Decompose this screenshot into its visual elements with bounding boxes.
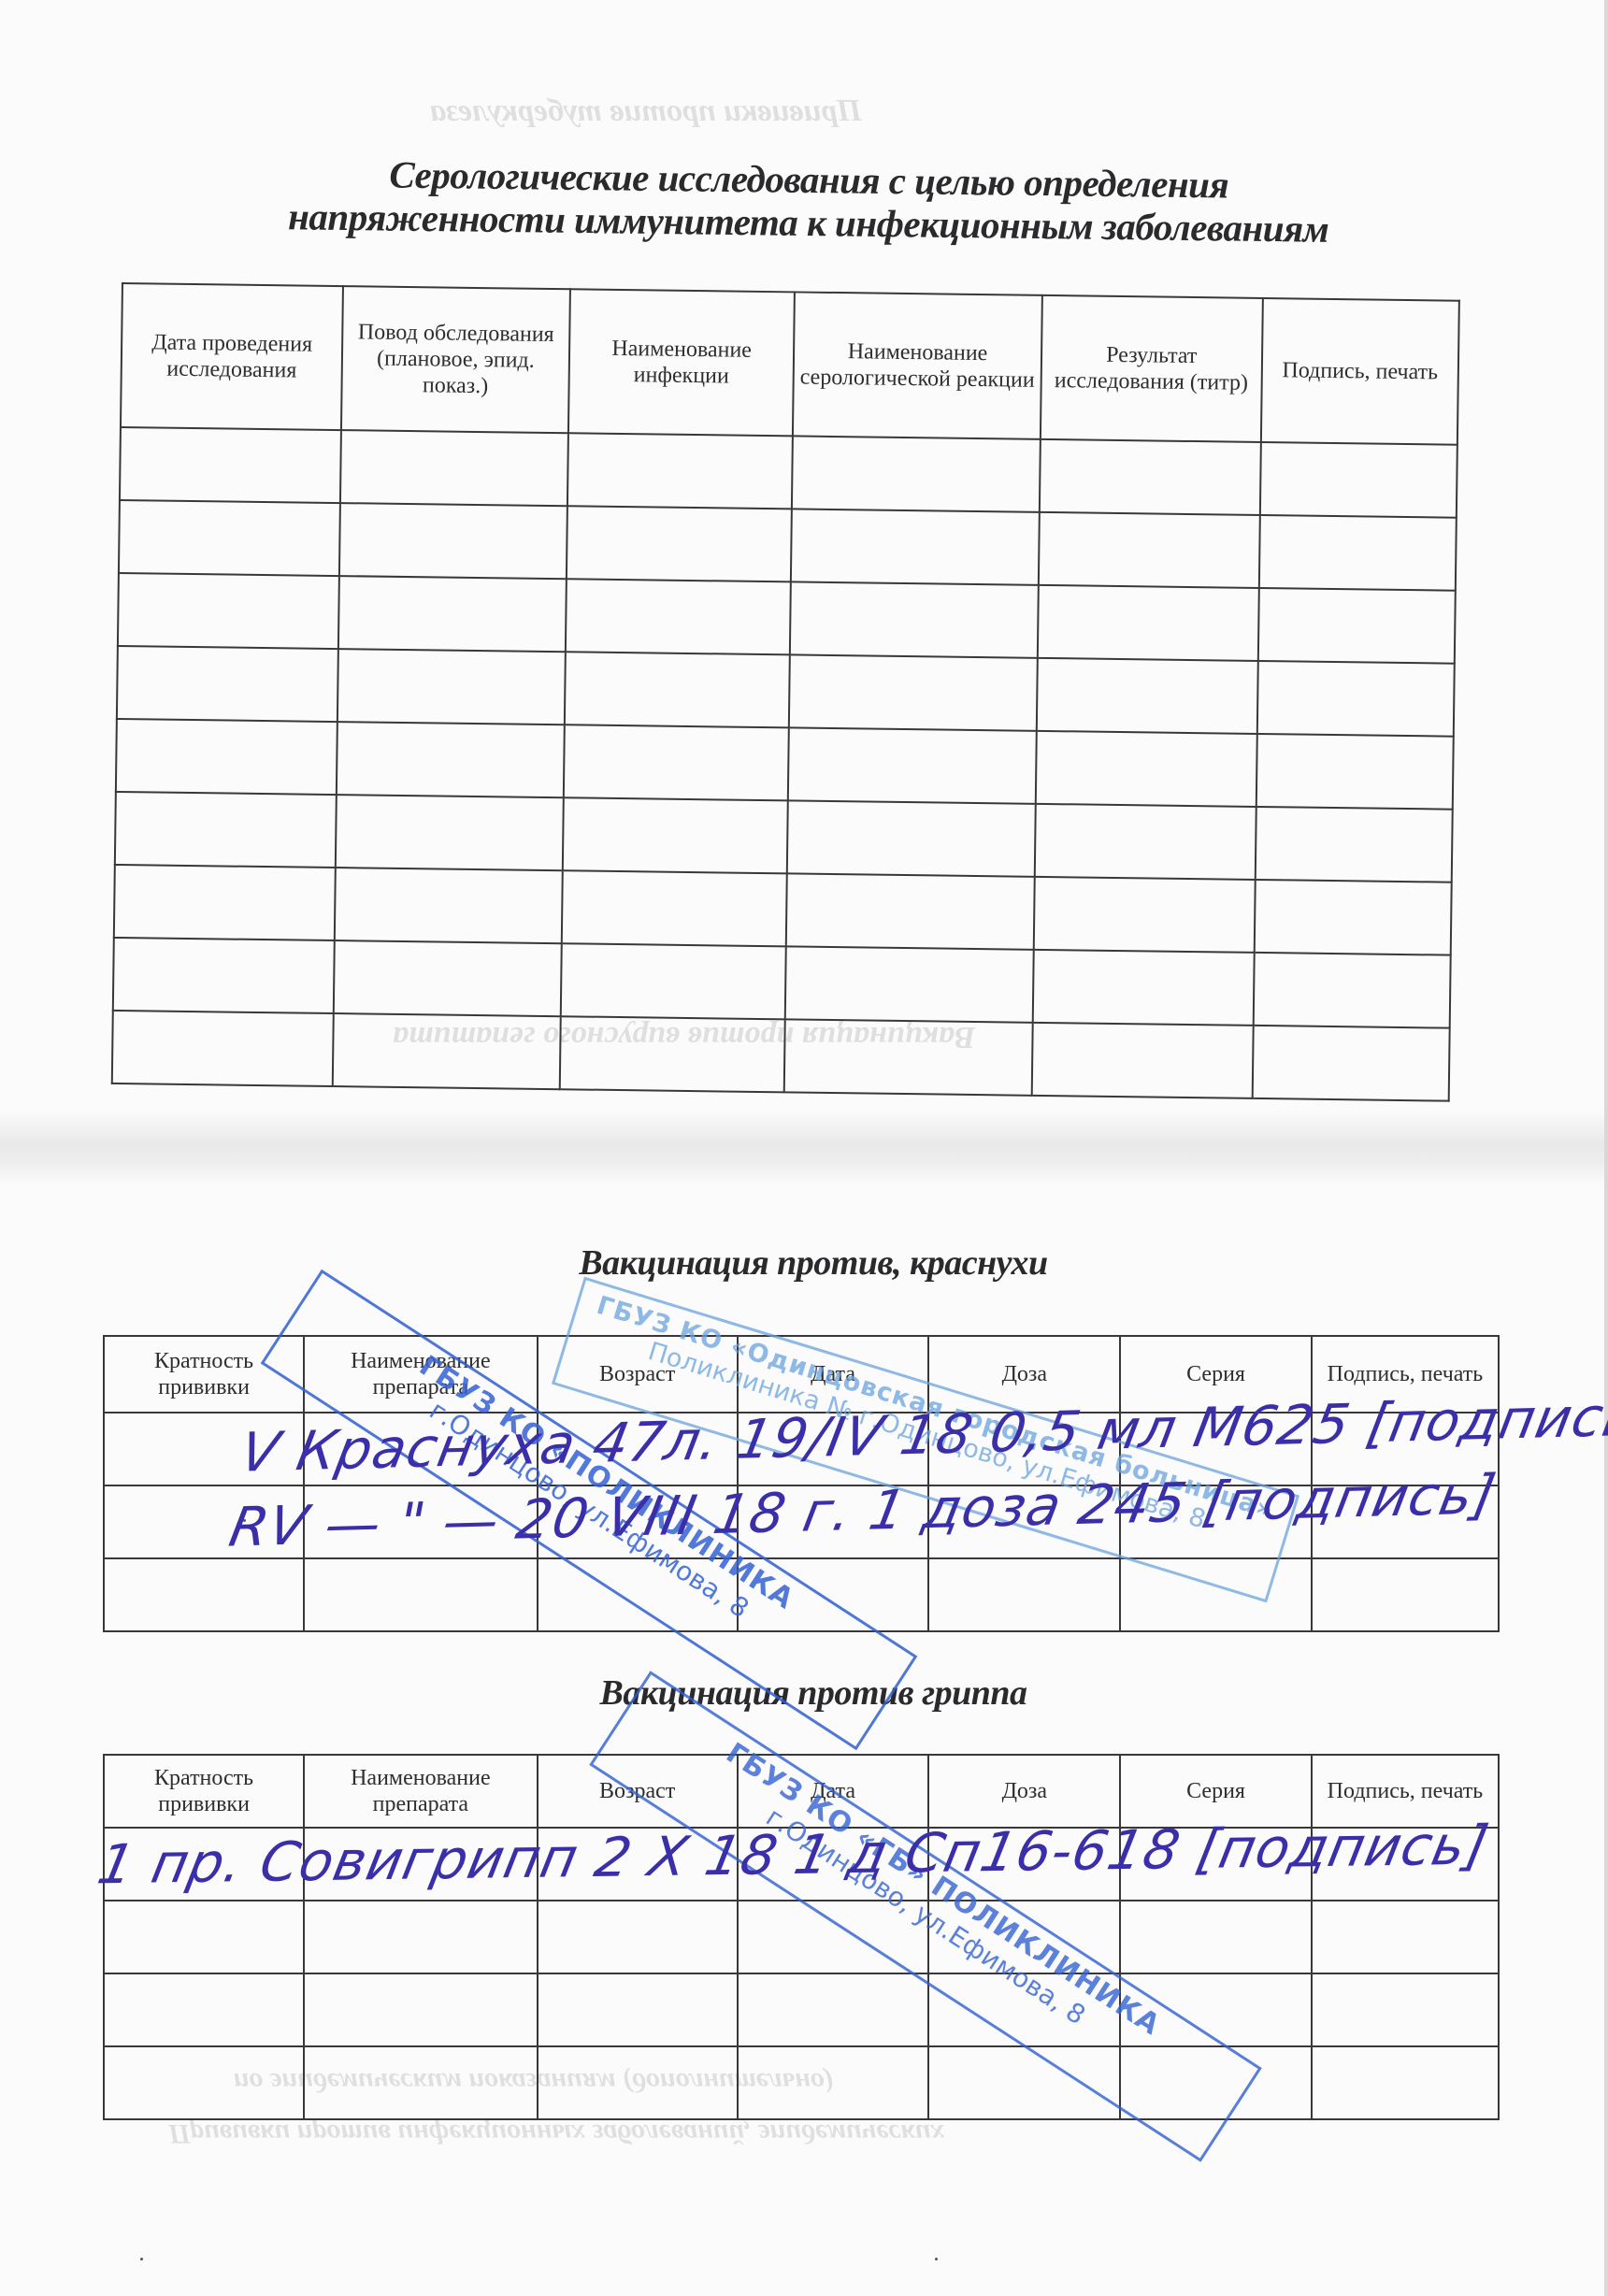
table-cell[interactable] [304, 1558, 537, 1631]
table-cell[interactable] [1034, 804, 1256, 880]
table-cell[interactable] [1257, 661, 1455, 737]
table-cell[interactable] [792, 436, 1040, 511]
rubella-title: Вакцинация против, краснухи [393, 1243, 1234, 1284]
table-cell[interactable] [564, 725, 789, 800]
table-cell[interactable] [340, 430, 568, 506]
table-cell[interactable] [339, 503, 567, 579]
serology-table: Дата проведения исследования Повод обсле… [111, 282, 1460, 1102]
table-cell[interactable] [1259, 515, 1457, 591]
paper-speck [140, 2258, 143, 2260]
table-cell[interactable] [1035, 731, 1256, 807]
table-cell[interactable] [304, 1973, 537, 2046]
table-cell[interactable] [567, 433, 793, 509]
table-cell[interactable] [1256, 734, 1454, 810]
table-cell[interactable] [561, 943, 786, 1019]
table-cell[interactable] [1253, 953, 1450, 1028]
table-cell[interactable] [562, 870, 787, 946]
table-cell[interactable] [1255, 880, 1452, 955]
table-cell[interactable] [786, 873, 1034, 949]
table-cell[interactable] [116, 719, 337, 795]
bleed-through-text: Прививки против туберкулеза [430, 93, 862, 129]
table-cell[interactable] [119, 500, 340, 576]
table-cell[interactable] [114, 865, 336, 940]
table-cell[interactable] [304, 1901, 537, 1973]
column-header: Кратность прививки [104, 1755, 304, 1828]
table-cell[interactable] [338, 576, 567, 652]
table-cell[interactable] [784, 1019, 1032, 1095]
table-cell[interactable] [1120, 1901, 1312, 1973]
table-row [104, 1973, 1499, 2046]
table-cell[interactable] [789, 654, 1037, 730]
table-cell[interactable] [104, 1973, 304, 2046]
table-cell[interactable] [104, 1901, 304, 1973]
table-cell[interactable] [566, 579, 791, 654]
table-cell[interactable] [928, 1558, 1120, 1631]
table-cell[interactable] [1038, 512, 1259, 588]
table-cell[interactable] [334, 940, 562, 1016]
table-cell[interactable] [120, 427, 341, 503]
column-header: Повод обследования (плановое, эпид. пока… [341, 286, 570, 433]
table-cell[interactable] [563, 797, 788, 873]
table-cell[interactable] [117, 646, 338, 722]
table-header-row: Дата проведения исследования Повод обсле… [121, 283, 1459, 445]
table-cell[interactable] [738, 1973, 929, 2046]
table-cell[interactable] [104, 2046, 304, 2119]
table-row [104, 2046, 1499, 2119]
table-cell[interactable] [738, 2046, 929, 2119]
table-cell[interactable] [790, 581, 1038, 657]
table-cell[interactable] [1256, 807, 1453, 883]
page-edge [1604, 0, 1608, 2296]
column-header: Подпись, печать [1261, 298, 1459, 445]
table-cell[interactable] [567, 506, 792, 581]
table-cell[interactable] [336, 795, 564, 870]
table-cell[interactable] [1036, 658, 1257, 734]
table-cell[interactable] [565, 652, 790, 727]
table-cell[interactable] [112, 1011, 334, 1086]
table-cell[interactable] [538, 2046, 738, 2119]
table-cell[interactable] [560, 1016, 785, 1092]
table-cell[interactable] [335, 868, 563, 943]
table-cell[interactable] [1040, 439, 1261, 515]
table-cell[interactable] [1312, 1558, 1499, 1631]
bleed-through-text: Прививки против инфекционных заболеваний… [168, 2117, 945, 2149]
table-cell[interactable] [1037, 585, 1258, 661]
table-cell[interactable] [304, 2046, 537, 2119]
table-cell[interactable] [1258, 588, 1456, 664]
table-cell[interactable] [1312, 1973, 1499, 2046]
table-cell[interactable] [115, 792, 337, 868]
column-header: Дата проведения исследования [121, 283, 343, 430]
table-cell[interactable] [1032, 950, 1254, 1026]
table-cell[interactable] [104, 1558, 304, 1631]
table-cell[interactable] [785, 946, 1033, 1022]
table-cell[interactable] [337, 722, 565, 797]
table-cell[interactable] [337, 649, 566, 725]
table-cell[interactable] [118, 573, 339, 649]
serology-title: Серологические исследования с целью опре… [139, 151, 1477, 252]
table-cell[interactable] [538, 1901, 738, 1973]
table-cell[interactable] [113, 938, 335, 1013]
table-cell[interactable] [1033, 877, 1255, 953]
table-cell[interactable] [787, 800, 1035, 876]
table-row [104, 1901, 1499, 1973]
table-cell[interactable] [788, 727, 1036, 803]
column-header: Результат исследования (титр) [1041, 295, 1263, 442]
column-header: Доза [928, 1755, 1120, 1828]
column-header: Наименование препарата [304, 1755, 537, 1828]
table-cell[interactable] [1252, 1026, 1449, 1101]
column-header: Наименование инфекции [568, 289, 795, 436]
table-cell[interactable] [1031, 1023, 1253, 1098]
column-header: Наименование серологической реакции [793, 292, 1041, 438]
table-cell[interactable] [333, 1013, 561, 1089]
page-fold-shadow [0, 1111, 1608, 1185]
table-cell[interactable] [1312, 2046, 1499, 2119]
table-cell[interactable] [1260, 442, 1457, 518]
table-cell[interactable] [791, 509, 1039, 584]
table-cell[interactable] [1312, 1901, 1499, 1973]
paper-speck [243, 1519, 246, 1522]
paper-speck [935, 2258, 938, 2260]
table-cell[interactable] [538, 1973, 738, 2046]
